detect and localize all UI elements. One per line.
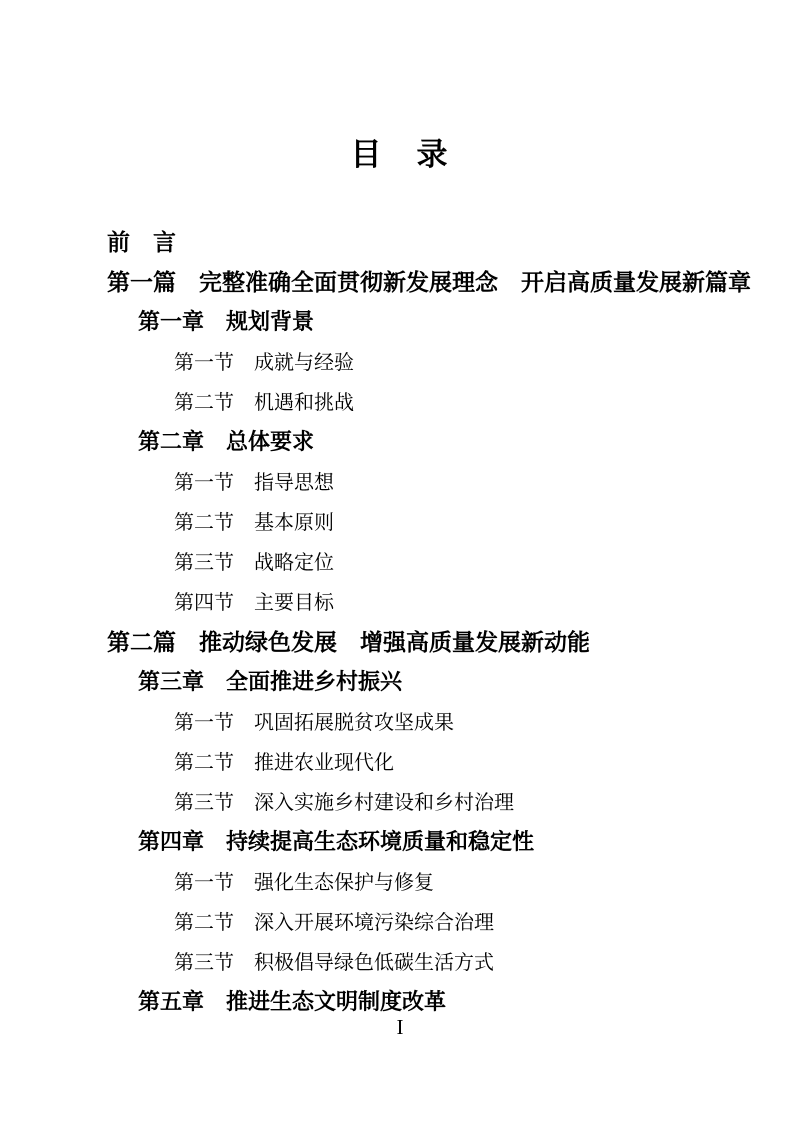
toc-entry-section: 第二节 深入开展环境污染综合治理 xyxy=(174,900,767,940)
toc-entry-section: 第一节 巩固拓展脱贫攻坚成果 xyxy=(174,700,767,740)
toc-entry-chapter: 第一章 规划背景 xyxy=(138,300,767,340)
document-page: 目 录 前 言第一篇 完整准确全面贯彻新发展理念 开启高质量发展新篇章第一章 规… xyxy=(0,0,800,1132)
toc-entry-part: 第二篇 推动绿色发展 增强高质量发展新动能 xyxy=(107,620,767,660)
toc-entry-section: 第三节 积极倡导绿色低碳生活方式 xyxy=(174,940,767,980)
toc-entry-chapter: 第三章 全面推进乡村振兴 xyxy=(138,660,767,700)
toc-entry-section: 第一节 成就与经验 xyxy=(174,340,767,380)
toc-entry-section: 第二节 机遇和挑战 xyxy=(174,380,767,420)
toc-list: 前 言第一篇 完整准确全面贯彻新发展理念 开启高质量发展新篇章第一章 规划背景第… xyxy=(107,220,767,1020)
toc-entry-part: 第一篇 完整准确全面贯彻新发展理念 开启高质量发展新篇章 xyxy=(107,260,767,300)
toc-entry-section: 第一节 指导思想 xyxy=(174,460,767,500)
toc-entry-section: 第二节 基本原则 xyxy=(174,500,767,540)
toc-entry-section: 第一节 强化生态保护与修复 xyxy=(174,860,767,900)
toc-entry-section: 第三节 深入实施乡村建设和乡村治理 xyxy=(174,780,767,820)
toc-entry-chapter: 第二章 总体要求 xyxy=(138,420,767,460)
toc-entry-section: 第二节 推进农业现代化 xyxy=(174,740,767,780)
toc-entry-chapter: 第四章 持续提高生态环境质量和稳定性 xyxy=(138,820,767,860)
page-number: I xyxy=(0,1014,800,1040)
page-title: 目 录 xyxy=(0,136,800,174)
toc-entry-section: 第三节 战略定位 xyxy=(174,540,767,580)
toc-entry-preface: 前 言 xyxy=(107,220,767,260)
toc-entry-section: 第四节 主要目标 xyxy=(174,580,767,620)
